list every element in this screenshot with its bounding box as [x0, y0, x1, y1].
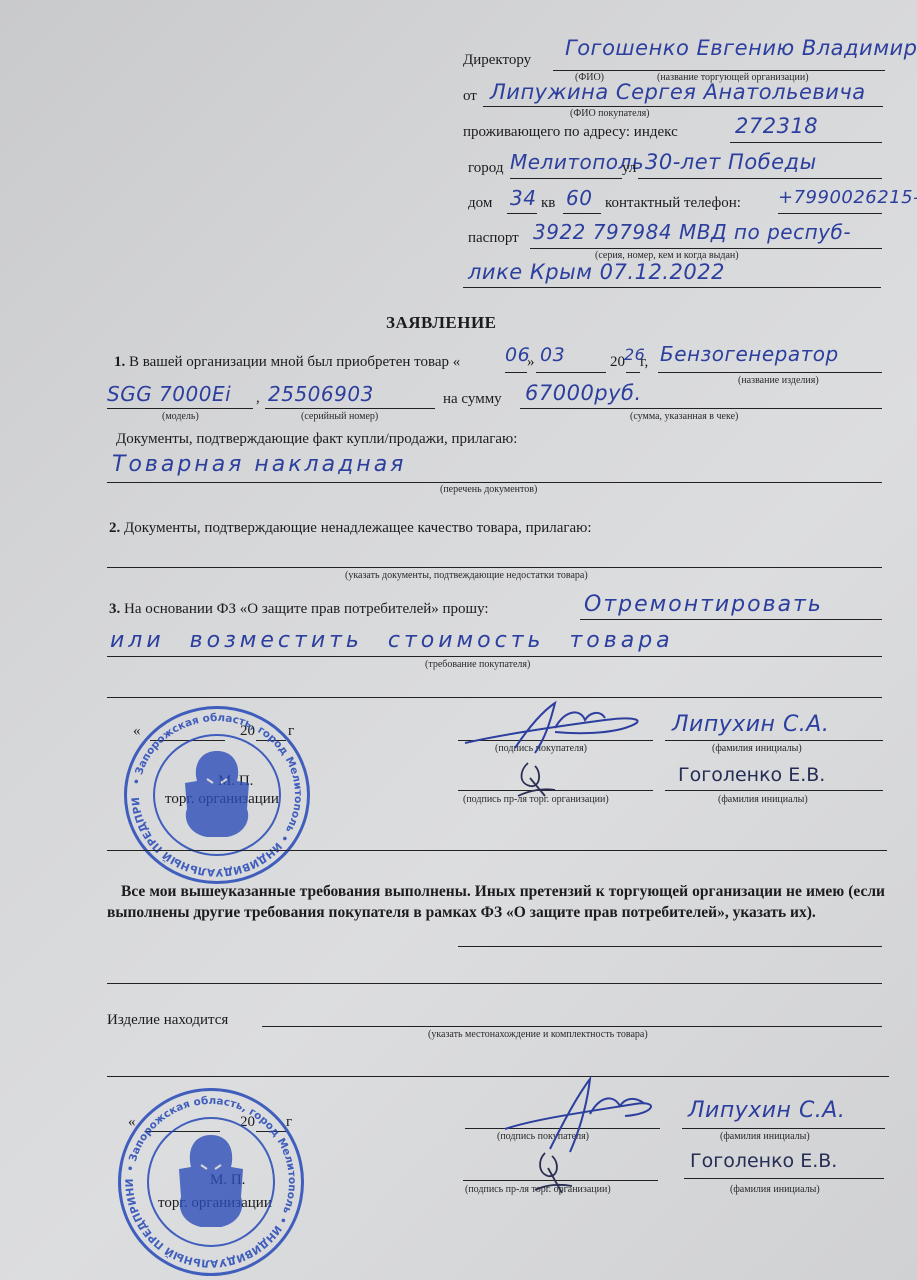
from-label: от	[463, 88, 477, 105]
section2-text: Документы, подтверждающие ненадлежащее к…	[124, 520, 592, 536]
apt-field[interactable]: 60	[566, 186, 592, 210]
phone-field[interactable]: +7990026215-	[778, 187, 917, 208]
passport-line1-field[interactable]: 3922 797984 МВД по респуб-	[533, 220, 851, 244]
year-g: г,	[640, 354, 648, 371]
section3-caption: (требование покупателя)	[425, 659, 530, 670]
buyer-signature-2	[495, 1074, 665, 1154]
seller-name2-caption: (фамилия инициалы)	[730, 1184, 820, 1195]
company-stamp-2: • Запорожская область, город Мелитополь …	[118, 1088, 304, 1276]
street-field[interactable]: 30-лет Победы	[645, 150, 817, 174]
director-label: Директору	[463, 52, 531, 69]
request-line2-field[interactable]: или возместить стоимость товара	[110, 628, 674, 653]
sum-caption: (сумма, указанная в чеке)	[630, 411, 738, 422]
year-prefix: 20	[610, 354, 625, 371]
buyer-name2-field[interactable]: Липухин С.А.	[688, 1098, 845, 1123]
sum-field[interactable]: 67000руб.	[525, 381, 642, 405]
buyer-name2-caption: (фамилия инициалы)	[720, 1131, 810, 1142]
quote-close: »	[527, 354, 535, 371]
seller-signature-1	[510, 758, 560, 803]
section2-caption: (указать документы, подтвеждающие недост…	[345, 570, 588, 581]
section3-number: 3.	[109, 601, 120, 617]
docs-caption: (перечень документов)	[440, 484, 537, 495]
location-caption: (указать местонахождение и комплектность…	[428, 1029, 648, 1040]
section1-text: В вашей организации мной был приобретен …	[129, 354, 460, 370]
passport-line2-field[interactable]: лике Крым 07.12.2022	[468, 260, 725, 284]
docs-field[interactable]: Товарная накладная	[112, 452, 406, 477]
serial-caption: (серийный номер)	[301, 411, 378, 422]
buyer-name1-field[interactable]: Липухин С.А.	[672, 712, 829, 737]
section1-number: 1.	[114, 354, 125, 370]
product-name-field[interactable]: Бензогенератор	[660, 342, 839, 366]
sum-label: на сумму	[443, 391, 502, 408]
passport-label: паспорт	[468, 230, 519, 247]
apt-label: кв	[541, 195, 555, 212]
product-caption: (название изделия)	[738, 375, 819, 386]
section3-text: На основании ФЗ «О защите прав потребите…	[124, 601, 489, 617]
request-line1-field[interactable]: Отремонтировать	[584, 592, 823, 617]
model-caption: (модель)	[162, 411, 199, 422]
buyer-name-field[interactable]: Липужина Сергея Анатольевича	[490, 80, 866, 104]
purchase-month-field[interactable]: 03	[540, 344, 565, 366]
seller-signature-2	[530, 1148, 575, 1198]
city-label: город	[468, 160, 503, 177]
docs-label: Документы, подтверждающие факт купли/про…	[116, 431, 517, 448]
buyer-caption: (ФИО покупателя)	[570, 108, 650, 119]
seller-name2-field[interactable]: Гоголенко Е.В.	[690, 1150, 837, 1172]
director-name-field[interactable]: Гогошенко Евгению Владимиро-вичу	[565, 36, 917, 60]
street-label: ул	[622, 160, 636, 177]
location-label: Изделие находится	[107, 1012, 228, 1029]
company-stamp-1: • Запорожская область, город Мелитополь …	[124, 706, 310, 884]
postal-index-field[interactable]: 272318	[735, 114, 818, 138]
model-field[interactable]: SGG 7000Ei	[107, 382, 231, 406]
buyer-name1-caption: (фамилия инициалы)	[712, 743, 802, 754]
house-field[interactable]: 34	[510, 186, 536, 210]
closing-paragraph: Все мои вышеуказанные требования выполне…	[107, 881, 885, 923]
buyer-signature-1	[455, 698, 655, 758]
serial-field[interactable]: 25506903	[268, 382, 374, 406]
seller-name1-caption: (фамилия инициалы)	[718, 794, 808, 805]
house-label: дом	[468, 195, 492, 212]
address-label: проживающего по адресу: индекс	[463, 124, 678, 141]
document-title: ЗАЯВЛЕНИЕ	[386, 313, 497, 333]
phone-label: контактный телефон:	[605, 195, 741, 212]
section2-number: 2.	[109, 520, 120, 536]
seller-name1-field[interactable]: Гоголенко Е.В.	[678, 764, 825, 786]
